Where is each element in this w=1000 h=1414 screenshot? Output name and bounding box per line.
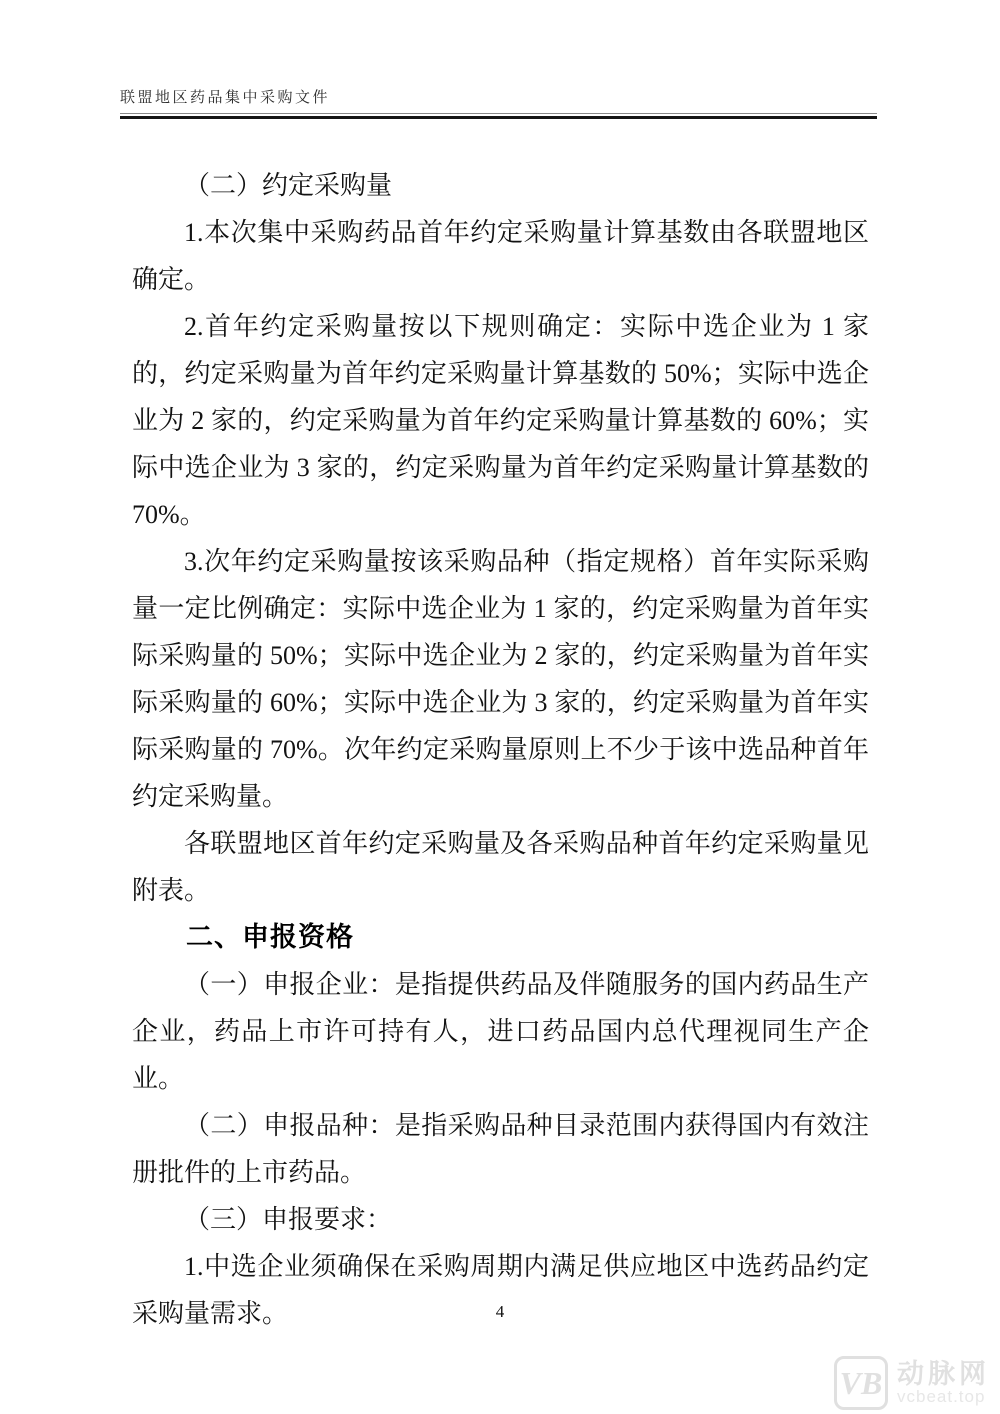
vcbeat-logo-letters: VB: [840, 1367, 883, 1399]
watermark-brand-name: 动脉网: [897, 1360, 990, 1388]
paragraph-base-calculation: 1.本次集中采购药品首年约定采购量计算基数由各联盟地区确定。: [132, 209, 869, 303]
paragraph-first-year-volume-rules: 2.首年约定采购量按以下规则确定：实际中选企业为 1 家的，约定采购量为首年约定…: [132, 303, 869, 538]
subheading-agreed-purchase-volume: （二）约定采购量: [132, 162, 869, 209]
paragraph-supply-guarantee: 1.中选企业须确保在采购周期内满足供应地区中选药品约定采购量需求。: [132, 1243, 869, 1337]
paragraph-see-appendix: 各联盟地区首年约定采购量及各采购品种首年约定采购量见附表。: [132, 820, 869, 914]
document-body: （二）约定采购量 1.本次集中采购药品首年约定采购量计算基数由各联盟地区确定。 …: [132, 162, 869, 1337]
page-number: 4: [0, 1302, 1000, 1322]
paragraph-applicant-enterprise: （一）申报企业：是指提供药品及伴随服务的国内药品生产企业，药品上市许可持有人，进…: [132, 961, 869, 1102]
page-header: 联盟地区药品集中采购文件: [120, 88, 877, 116]
vcbeat-watermark: VB 动脉网 vcbeat.top: [834, 1356, 990, 1410]
watermark-url: vcbeat.top: [897, 1388, 985, 1406]
paragraph-second-year-volume-rules: 3.次年约定采购量按该采购品种（指定规格）首年实际采购量一定比例确定：实际中选企…: [132, 538, 869, 820]
header-title: 联盟地区药品集中采购文件: [120, 88, 877, 108]
document-page: 联盟地区药品集中采购文件 （二）约定采购量 1.本次集中采购药品首年约定采购量计…: [0, 0, 1000, 1414]
section-heading-application-qualification: 二、申报资格: [132, 914, 869, 961]
paragraph-applicant-product: （二）申报品种：是指采购品种目录范围内获得国内有效注册批件的上市药品。: [132, 1102, 869, 1196]
paragraph-application-requirements: （三）申报要求：: [132, 1196, 869, 1243]
vcbeat-logo-icon: VB: [834, 1356, 888, 1410]
header-rule: [120, 113, 877, 116]
watermark-text: 动脉网 vcbeat.top: [897, 1360, 990, 1406]
